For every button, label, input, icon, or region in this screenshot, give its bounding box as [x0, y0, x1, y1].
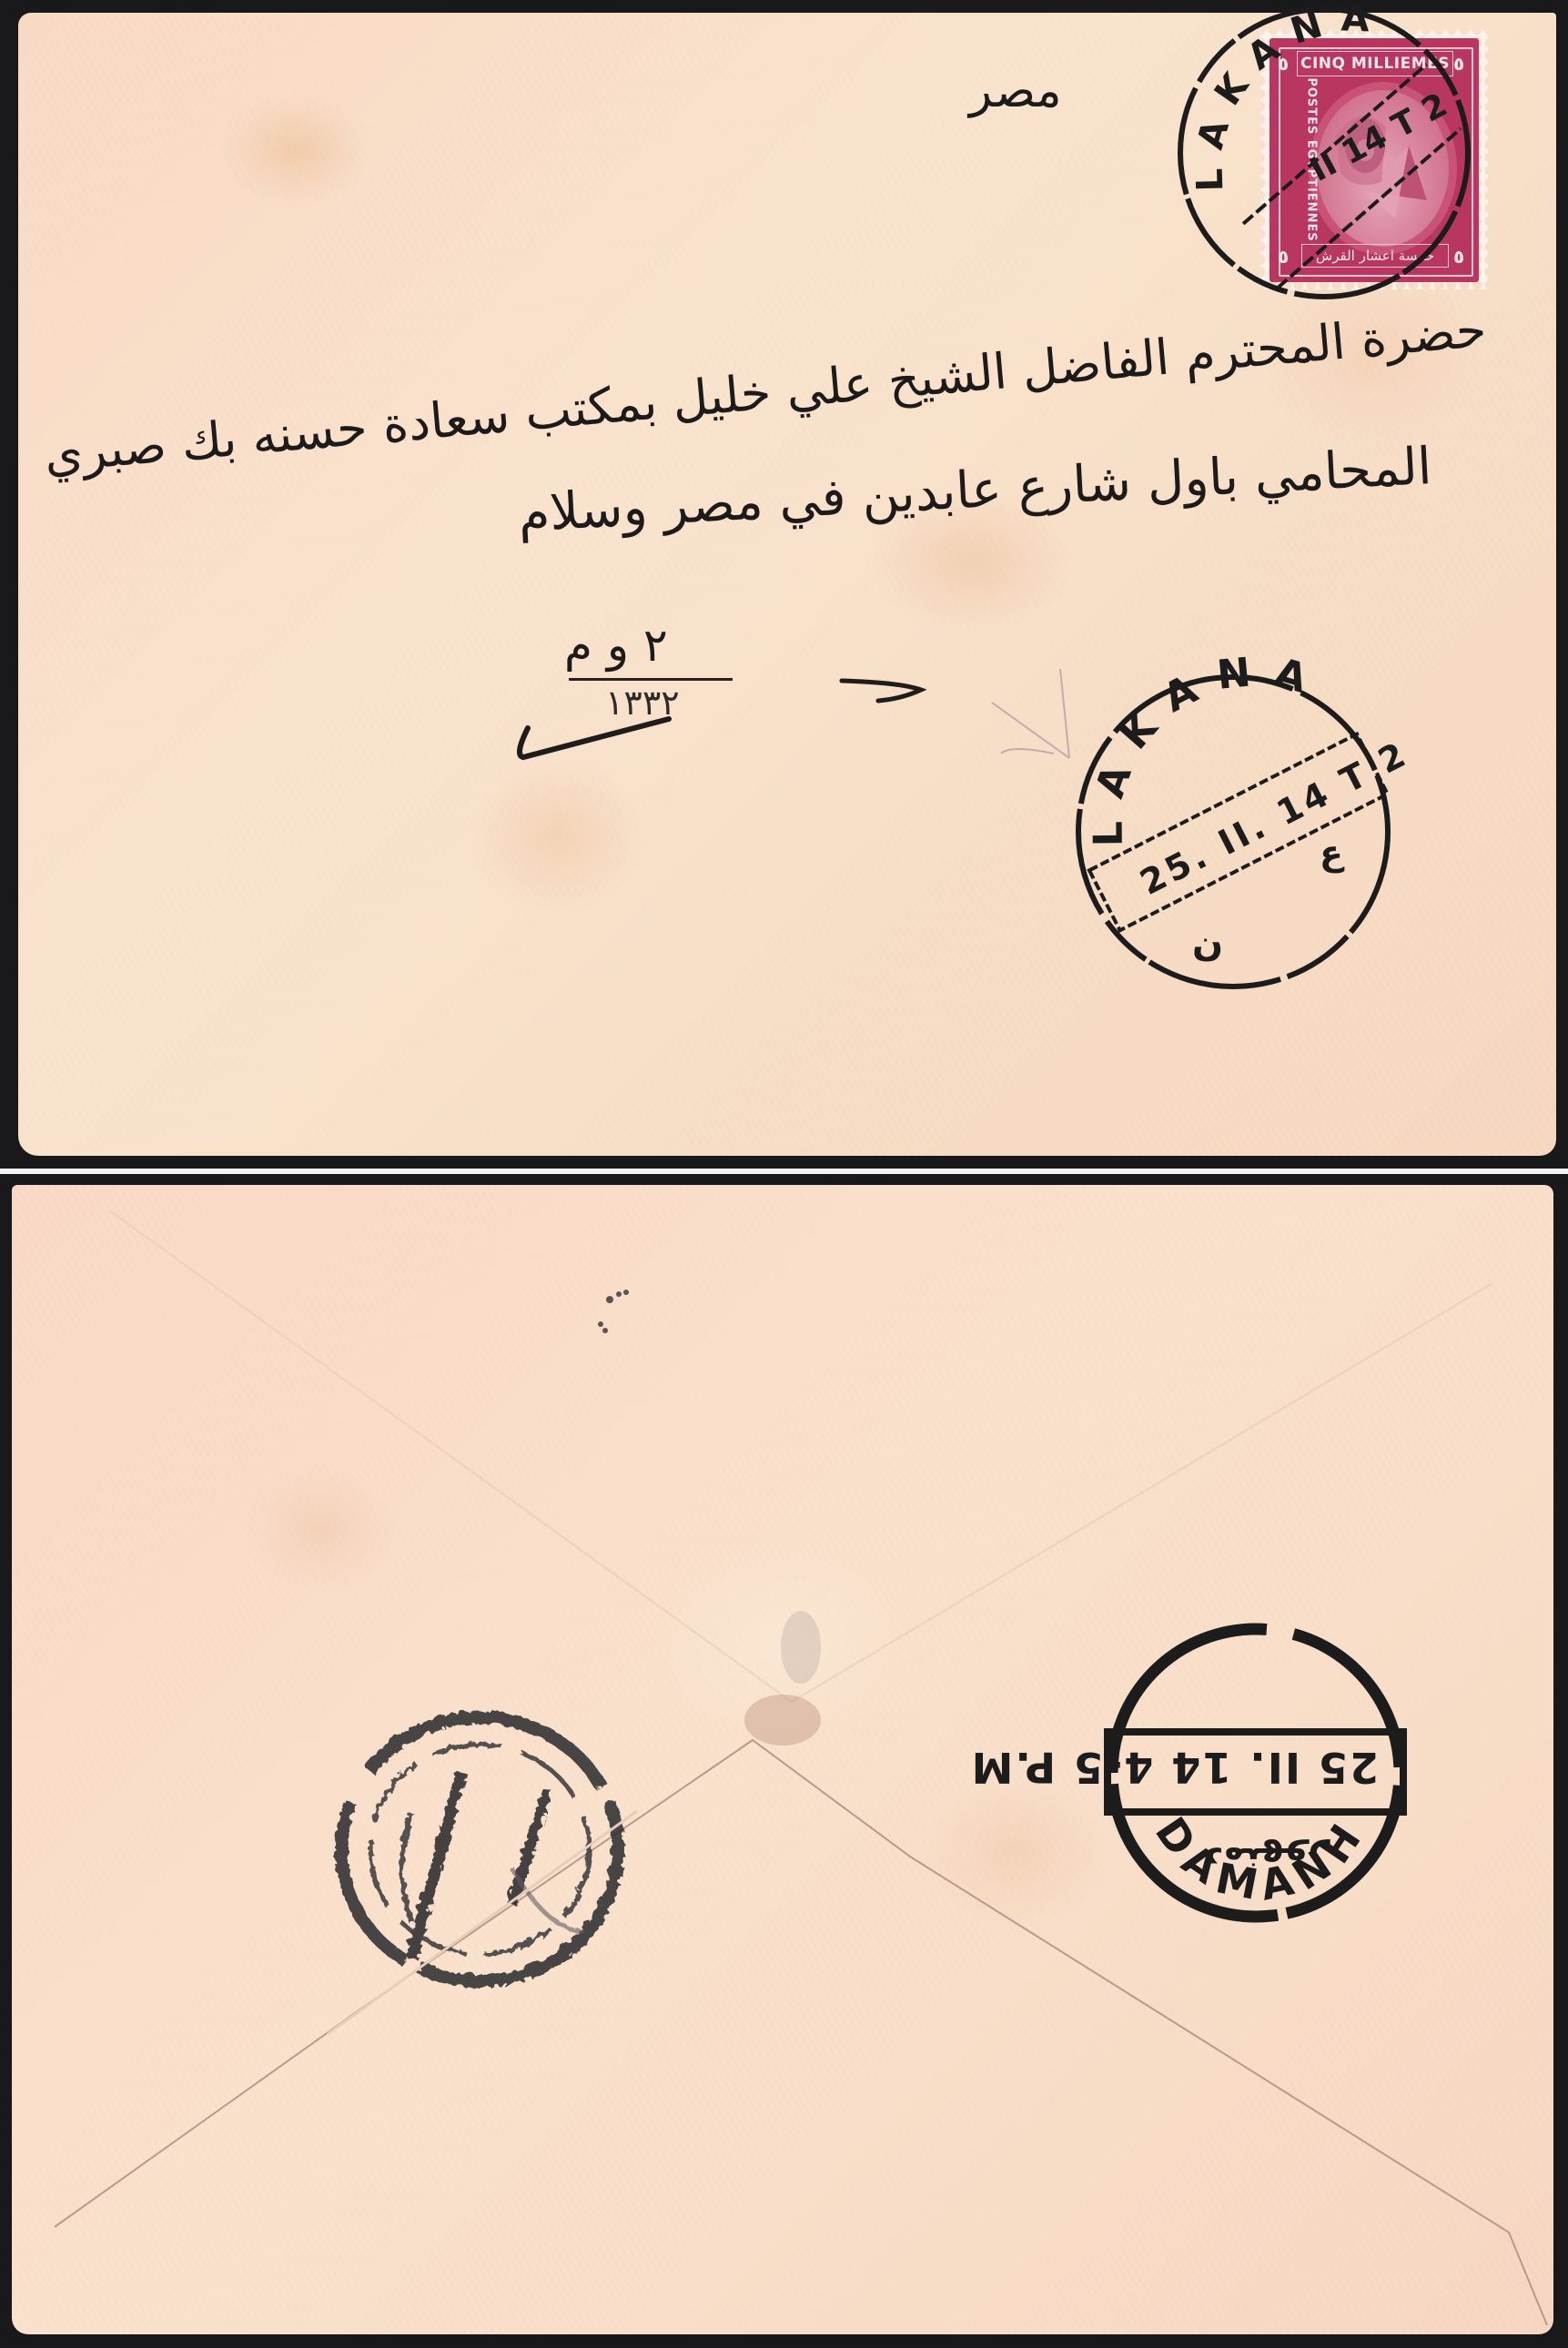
envelope-front-panel: CINQ MILLIEMES POSTES EGYPTIENNES ٥ ٥ ٥ … [0, 0, 1568, 1169]
postmark-date: 25 II. 14 4-5 P.M [970, 1743, 1379, 1792]
envelope-back-panel: 25 II. 14 4-5 P.M دمنهور DAMANHUR [0, 1174, 1568, 2348]
postmark-damanhur: 25 II. 14 4-5 P.M دمنهور DAMANHUR [0, 1174, 1568, 2348]
pencil-arrow-icon [992, 669, 1069, 758]
postmark-town: DAMANHUR [0, 1174, 1375, 1911]
handwritten-flourish [0, 0, 1568, 1169]
